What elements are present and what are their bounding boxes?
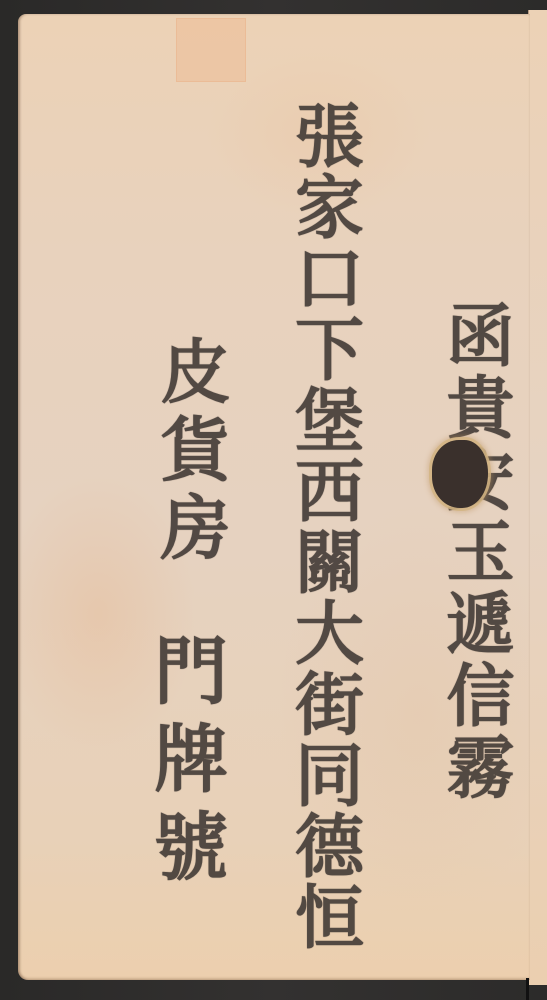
watermark-seal bbox=[176, 18, 246, 82]
shop-column-line2: 門牌號 bbox=[140, 632, 230, 896]
address-column: 張家口下堡西關大街同德恒 bbox=[278, 100, 368, 952]
burn-hole bbox=[432, 440, 488, 508]
next-page-edge bbox=[528, 10, 547, 985]
watermark-caption bbox=[176, 86, 252, 94]
recipient-column: 函貴安玉遞信霧 bbox=[430, 300, 520, 804]
shop-column-line1: 皮貨房 bbox=[145, 335, 235, 569]
page-notch bbox=[526, 978, 529, 1000]
